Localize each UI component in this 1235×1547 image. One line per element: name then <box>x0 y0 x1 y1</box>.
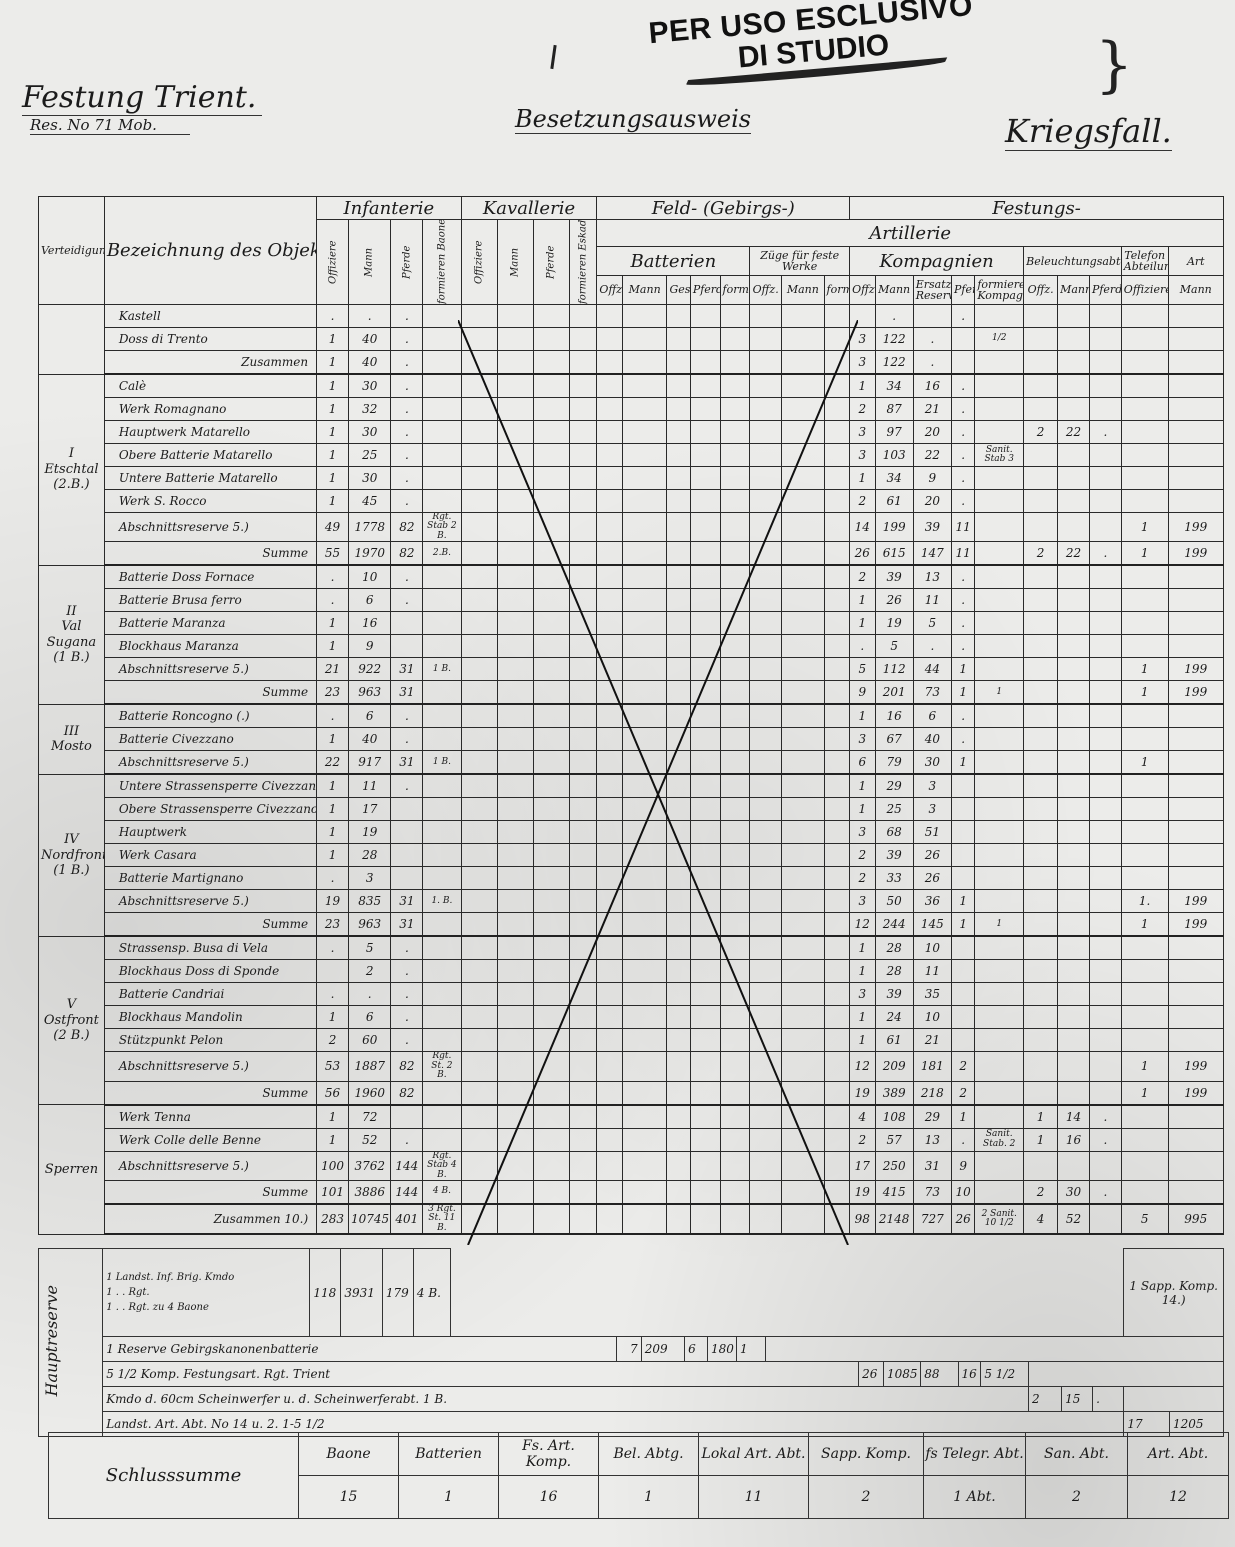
object-name: Obere Strassensperre Civezzano <box>104 798 316 821</box>
telephone-cell: 5 <box>1121 1204 1168 1234</box>
final-header: Fs. Art. Komp. <box>499 1433 599 1476</box>
infantry-cell <box>423 867 461 890</box>
searchlight-cell <box>1089 635 1121 658</box>
telephone-cell <box>1168 374 1224 398</box>
cavalry-cell <box>497 513 533 542</box>
cavalry-cell <box>533 751 569 775</box>
battery-cell <box>720 681 750 705</box>
cavalry-cell <box>461 867 497 890</box>
battery-cell <box>622 1151 667 1180</box>
cavalry-cell <box>569 1081 597 1105</box>
cavalry-cell <box>461 1052 497 1081</box>
infantry-cell: 1 <box>317 351 349 375</box>
searchlight-cell <box>1024 513 1058 542</box>
company-cell: 16 <box>875 704 913 728</box>
company-form-cell <box>975 728 1024 751</box>
cavalry-cell <box>533 867 569 890</box>
telephone-cell <box>1121 444 1168 467</box>
cavalry-cell <box>533 936 569 960</box>
battery-cell <box>690 728 720 751</box>
battery-cell <box>720 704 750 728</box>
reserve-officers: 118 <box>310 1249 341 1337</box>
platoon-cell <box>824 1105 850 1129</box>
cavalry-cell <box>569 635 597 658</box>
cavalry-cell <box>461 704 497 728</box>
platoon-cell <box>782 1052 824 1081</box>
searchlight-cell <box>1058 444 1090 467</box>
table-row: Abschnittsreserve 5.)53188782Rgt. St. 2 … <box>39 1052 1224 1081</box>
battery-cell <box>597 565 622 589</box>
infantry-cell: 56 <box>317 1081 349 1105</box>
company-cell: 201 <box>875 681 913 705</box>
telephone-cell <box>1121 1006 1168 1029</box>
battery-cell <box>667 374 690 398</box>
company-cell: 19 <box>850 1180 875 1204</box>
cavalry-cell <box>533 467 569 490</box>
company-cell: 147 <box>913 542 951 566</box>
battery-cell <box>667 1052 690 1081</box>
company-cell: 30 <box>913 751 951 775</box>
searchlight-cell <box>1089 728 1121 751</box>
platoon-cell <box>824 328 850 351</box>
searchlight-cell <box>1058 844 1090 867</box>
platoon-cell <box>750 1180 782 1204</box>
battery-cell <box>622 444 667 467</box>
company-cell: 2 <box>850 565 875 589</box>
object-name: Batterie Roncogno (.) <box>104 704 316 728</box>
searchlight-cell <box>1089 960 1121 983</box>
cavalry-cell <box>461 844 497 867</box>
infantry-cell: 1. B. <box>423 890 461 913</box>
infantry-cell: . <box>391 936 423 960</box>
company-cell: 103 <box>875 444 913 467</box>
battery-cell <box>597 867 622 890</box>
battery-cell <box>597 589 622 612</box>
company-cell: 33 <box>875 867 913 890</box>
platoon-cell <box>824 374 850 398</box>
battery-cell <box>690 821 720 844</box>
company-cell: 26 <box>913 867 951 890</box>
telephone-cell <box>1168 565 1224 589</box>
battery-cell <box>667 658 690 681</box>
table-row: Zusammen 10.)283107454013 Rgt. St. 11 B.… <box>39 1204 1224 1234</box>
infantry-cell <box>391 798 423 821</box>
company-cell: 1 <box>850 374 875 398</box>
searchlight-cell <box>1089 751 1121 775</box>
battery-cell <box>622 305 667 328</box>
company-cell <box>913 305 951 328</box>
company-cell: 35 <box>913 983 951 1006</box>
searchlight-cell <box>1024 890 1058 913</box>
company-cell: 1 <box>850 774 875 798</box>
infantry-cell: Rgt. Stab 4 B. <box>423 1151 461 1180</box>
cavalry-cell <box>533 798 569 821</box>
infantry-cell: 60 <box>348 1029 390 1052</box>
company-cell <box>951 774 974 798</box>
infantry-cell: . <box>348 983 390 1006</box>
object-name: Doss di Trento <box>104 328 316 351</box>
battery-cell <box>667 1006 690 1029</box>
company-form-cell <box>975 1052 1024 1081</box>
sector-id: II <box>41 604 102 620</box>
company-cell: . <box>951 635 974 658</box>
telephone-cell: 1 <box>1121 658 1168 681</box>
inf-col-officers: Offiziere <box>317 220 349 305</box>
battery-cell <box>690 960 720 983</box>
searchlight-cell: . <box>1089 1180 1121 1204</box>
battery-cell <box>597 1180 622 1204</box>
battery-cell <box>597 328 622 351</box>
cavalry-cell <box>533 983 569 1006</box>
infantry-cell: 82 <box>391 1052 423 1081</box>
cavalry-cell <box>569 704 597 728</box>
telephone-cell <box>1168 1006 1224 1029</box>
platoon-cell <box>750 1204 782 1234</box>
battery-cell <box>597 1081 622 1105</box>
battery-cell <box>597 658 622 681</box>
battery-cell <box>667 681 690 705</box>
platoon-cell <box>824 421 850 444</box>
infantry-cell: . <box>391 398 423 421</box>
searchlight-cell <box>1089 565 1121 589</box>
platoon-cell <box>750 774 782 798</box>
searchlight-cell <box>1089 890 1121 913</box>
battery-cell <box>597 681 622 705</box>
cavalry-cell <box>497 467 533 490</box>
cavalry-cell <box>569 1151 597 1180</box>
searchlight-cell <box>1024 635 1058 658</box>
searchlight-cell <box>1058 589 1090 612</box>
table-row: Kastell..... <box>39 305 1224 328</box>
telephone-cell: 199 <box>1168 890 1224 913</box>
company-cell: 29 <box>875 774 913 798</box>
platoon-cell <box>782 983 824 1006</box>
company-form-cell <box>975 960 1024 983</box>
infantry-cell: . <box>391 704 423 728</box>
infantry-cell: 21 <box>317 658 349 681</box>
battery-cell <box>667 490 690 513</box>
object-name: Batterie Maranza <box>104 612 316 635</box>
object-name: Abschnittsreserve 5.) <box>104 658 316 681</box>
searchlight-cell: 22 <box>1058 421 1090 444</box>
searchlight-cell <box>1089 374 1121 398</box>
battery-cell <box>720 374 750 398</box>
cavalry-cell <box>461 728 497 751</box>
table-row: IIVal Sugana(1 B.)Batterie Doss Fornace.… <box>39 565 1224 589</box>
battery-cell <box>690 844 720 867</box>
telephone-cell <box>1121 589 1168 612</box>
infantry-cell: 10 <box>348 565 390 589</box>
battery-cell <box>720 1180 750 1204</box>
company-cell: . <box>951 589 974 612</box>
platoon-cell <box>782 658 824 681</box>
platoon-cell <box>824 467 850 490</box>
searchlight-cell <box>1058 798 1090 821</box>
battery-cell <box>690 589 720 612</box>
fortress-art-mann: 1085 <box>883 1362 920 1387</box>
reserve-battalions: 4 B. <box>413 1249 450 1337</box>
platoon-cell <box>824 1029 850 1052</box>
battery-cell <box>622 513 667 542</box>
battery-cell <box>597 728 622 751</box>
battery-cell <box>597 890 622 913</box>
sector-batallions: (1 B.) <box>41 863 102 879</box>
cavalry-cell <box>461 960 497 983</box>
searchlight-cell <box>1089 444 1121 467</box>
platoon-cell <box>782 960 824 983</box>
battery-cell <box>690 467 720 490</box>
battery-cell <box>690 890 720 913</box>
platoon-cell <box>750 913 782 937</box>
platoon-cell <box>750 305 782 328</box>
final-header: Lokal Art. Abt. <box>699 1433 809 1476</box>
cavalry-cell <box>569 774 597 798</box>
infantry-cell <box>391 635 423 658</box>
sector-name: Sperren <box>41 1162 102 1178</box>
infantry-cell: 52 <box>348 1128 390 1151</box>
infantry-cell: 144 <box>391 1151 423 1180</box>
battery-cell <box>597 1052 622 1081</box>
cavalry-cell <box>497 305 533 328</box>
infantry-cell: . <box>317 936 349 960</box>
battery-cell <box>667 467 690 490</box>
company-cell: 108 <box>875 1105 913 1129</box>
company-cell: 12 <box>850 913 875 937</box>
searchlight-cell <box>1089 328 1121 351</box>
komp-col-reserve: Ersatz-Reserve <box>913 276 951 305</box>
platoon-cell <box>824 1052 850 1081</box>
searchlight-cell <box>1089 913 1121 937</box>
company-cell: 1 <box>850 589 875 612</box>
cavalry-cell <box>533 490 569 513</box>
searchlight-cell: 52 <box>1058 1204 1090 1234</box>
cavalry-cell <box>497 1052 533 1081</box>
company-cell: . <box>850 635 875 658</box>
battery-cell <box>690 635 720 658</box>
battery-cell <box>720 565 750 589</box>
object-name: Werk Casara <box>104 844 316 867</box>
platoon-cell <box>824 444 850 467</box>
table-row: IIIMostoBatterie Roncogno (.).6.1166. <box>39 704 1224 728</box>
infantry-cell: 17 <box>348 798 390 821</box>
company-cell: 11 <box>951 513 974 542</box>
cavalry-cell <box>569 421 597 444</box>
battery-cell <box>667 444 690 467</box>
infantry-cell: 1778 <box>348 513 390 542</box>
platoon-cell <box>782 728 824 751</box>
platoon-cell <box>750 821 782 844</box>
infantry-cell: 19 <box>348 821 390 844</box>
object-header: Bezeichnung des Objektes <box>104 197 316 305</box>
platoon-cell <box>782 1006 824 1029</box>
infantry-cell: 55 <box>317 542 349 566</box>
object-name: Blockhaus Mandolin <box>104 1006 316 1029</box>
battery-cell <box>720 867 750 890</box>
searchlight-cell <box>1024 328 1058 351</box>
battery-cell <box>690 374 720 398</box>
company-cell: 1 <box>850 960 875 983</box>
company-cell: 1 <box>850 1029 875 1052</box>
company-cell: 19 <box>850 1081 875 1105</box>
battery-cell <box>597 1204 622 1234</box>
searchlight-cell <box>1058 913 1090 937</box>
searchlight-cell <box>1024 658 1058 681</box>
reserve-horses: 179 <box>382 1249 413 1337</box>
platoon-cell <box>824 1151 850 1180</box>
cavalry-cell <box>533 1105 569 1129</box>
infantry-cell <box>423 490 461 513</box>
company-cell: 20 <box>913 421 951 444</box>
platoon-cell <box>750 635 782 658</box>
telephone-cell <box>1168 351 1224 375</box>
company-cell: 50 <box>875 890 913 913</box>
company-cell: 13 <box>913 565 951 589</box>
company-cell: . <box>951 305 974 328</box>
infantry-cell: . <box>391 983 423 1006</box>
cavalry-cell <box>461 913 497 937</box>
searchlight-cell: 1 <box>1024 1128 1058 1151</box>
battery-cell <box>597 960 622 983</box>
company-cell: 389 <box>875 1081 913 1105</box>
cavalry-cell <box>497 1081 533 1105</box>
cavalry-cell <box>569 328 597 351</box>
battery-cell <box>597 704 622 728</box>
cavalry-cell <box>497 751 533 775</box>
infantry-cell <box>423 844 461 867</box>
infantry-cell: 1 <box>317 844 349 867</box>
infantry-cell: 1 <box>317 444 349 467</box>
final-header: Bel. Abtg. <box>599 1433 699 1476</box>
table-row: Hauptwerk Matarello130.39720.222. <box>39 421 1224 444</box>
cavalry-cell <box>533 612 569 635</box>
infantry-cell: . <box>317 589 349 612</box>
battery-cell <box>720 844 750 867</box>
battery-cell <box>720 444 750 467</box>
battery-cell <box>622 751 667 775</box>
company-cell: 44 <box>913 658 951 681</box>
battery-cell <box>667 1180 690 1204</box>
object-name: Werk Romagnano <box>104 398 316 421</box>
platoon-cell <box>782 1105 824 1129</box>
fortress-art-offz: 26 <box>859 1362 884 1387</box>
battery-cell <box>622 1006 667 1029</box>
battery-cell <box>690 421 720 444</box>
infantry-cell: 1960 <box>348 1081 390 1105</box>
company-cell: 51 <box>913 821 951 844</box>
battery-cell <box>622 1029 667 1052</box>
cavalry-cell <box>569 1052 597 1081</box>
battery-cell <box>597 612 622 635</box>
platoon-cell <box>750 1029 782 1052</box>
platoon-cell <box>782 844 824 867</box>
infantry-cell: 1 <box>317 821 349 844</box>
cavalry-cell <box>569 305 597 328</box>
platoon-cell <box>824 681 850 705</box>
company-cell: 67 <box>875 728 913 751</box>
searchlight-cell <box>1024 983 1058 1006</box>
infantry-cell: 6 <box>348 1006 390 1029</box>
infantry-cell: 917 <box>348 751 390 775</box>
infantry-cell: . <box>317 983 349 1006</box>
company-form-cell <box>975 983 1024 1006</box>
platoon-cell <box>750 1081 782 1105</box>
fortress-art-blank <box>1028 1362 1223 1387</box>
platoon-cell <box>824 1204 850 1234</box>
cavalry-cell <box>461 1081 497 1105</box>
brace-mark: } <box>1095 30 1133 100</box>
cavalry-cell <box>533 589 569 612</box>
platoon-cell <box>782 774 824 798</box>
tel-col-men: Mann <box>1168 276 1224 305</box>
battery-cell <box>667 821 690 844</box>
battery-cell <box>622 1204 667 1234</box>
object-name: Abschnittsreserve 5.) <box>104 890 316 913</box>
cavalry-cell <box>533 305 569 328</box>
company-cell: 14 <box>850 513 875 542</box>
infantry-cell: 963 <box>348 681 390 705</box>
cavalry-cell <box>569 1029 597 1052</box>
infantry-cell: 1 <box>317 421 349 444</box>
cavalry-cell <box>533 960 569 983</box>
battery-cell <box>667 398 690 421</box>
sector-name: Mosto <box>41 739 102 755</box>
telephone-header: Telefon Abteilung <box>1121 247 1168 276</box>
infantry-cell: . <box>391 444 423 467</box>
infantry-cell: . <box>391 374 423 398</box>
searchlight-cell <box>1024 467 1058 490</box>
sapper-note: 1 Sapp. Komp. 14.) <box>1124 1249 1224 1337</box>
infantry-cell: . <box>391 1128 423 1151</box>
cavalry-cell <box>569 351 597 375</box>
cavalry-cell <box>497 1029 533 1052</box>
object-name: Blockhaus Maranza <box>104 635 316 658</box>
object-name: Summe <box>104 542 316 566</box>
platoon-cell <box>824 542 850 566</box>
battery-cell <box>667 513 690 542</box>
battery-cell <box>720 798 750 821</box>
platoon-cell <box>782 328 824 351</box>
kav-col-officers: Offiziere <box>461 220 497 305</box>
infantry-cell: 22 <box>317 751 349 775</box>
telephone-cell: 1 <box>1121 1081 1168 1105</box>
infantry-cell <box>423 328 461 351</box>
company-form-cell <box>975 890 1024 913</box>
searchlight-cell <box>1089 1006 1121 1029</box>
battery-cell <box>690 913 720 937</box>
infantry-cell: 922 <box>348 658 390 681</box>
komp-col-horses: Pferde <box>951 276 974 305</box>
platoon-cell <box>750 681 782 705</box>
battery-cell <box>597 635 622 658</box>
company-cell: 11 <box>951 542 974 566</box>
cavalry-cell <box>497 398 533 421</box>
searchlight-cell: 22 <box>1058 542 1090 566</box>
infantry-cell: 1 <box>317 798 349 821</box>
infantry-cell: 4 B. <box>423 1180 461 1204</box>
infantry-cell: 6 <box>348 704 390 728</box>
sector-id: III <box>41 724 102 740</box>
cavalry-cell <box>533 374 569 398</box>
platoon-cell <box>782 890 824 913</box>
cavalry-cell <box>461 936 497 960</box>
platoon-cell <box>750 351 782 375</box>
infantry-cell: 31 <box>391 658 423 681</box>
battery-cell <box>690 328 720 351</box>
infantry-cell: . <box>391 421 423 444</box>
company-form-cell <box>975 1105 1024 1129</box>
art-header: Art <box>1168 247 1224 276</box>
company-cell <box>850 305 875 328</box>
